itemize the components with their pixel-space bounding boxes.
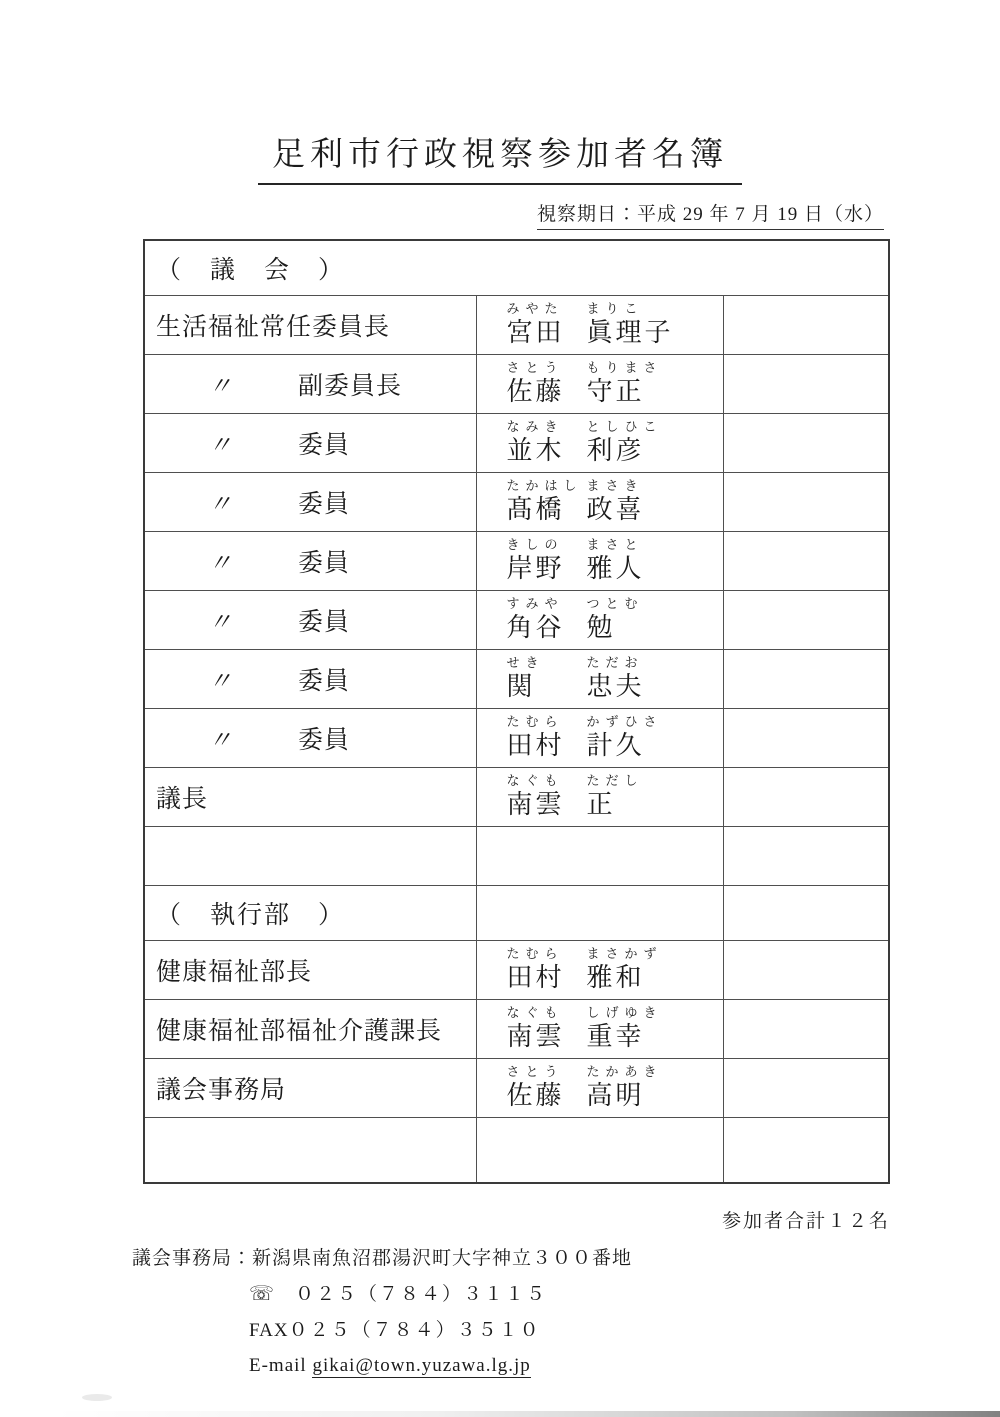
surname: 関	[507, 671, 587, 702]
furigana-surname: たかはし	[507, 479, 587, 494]
furigana-givenname: まりこ	[587, 302, 674, 317]
notes-cell	[723, 591, 889, 650]
surname-unit: せき関	[507, 656, 587, 702]
surname-unit: たむら田村	[507, 947, 587, 993]
title-block: 足利市行政視察参加者名簿	[0, 0, 1000, 185]
furigana-givenname: たかあき	[587, 1065, 663, 1080]
table-row: 〃委員たむら田村かずひさ計久	[144, 709, 889, 768]
position-label: 健康福祉部福祉介護課長	[156, 1018, 442, 1045]
position-label: 生活福祉常任委員長	[156, 314, 390, 341]
position-cell: 〃委員	[144, 473, 476, 532]
name-cell: たむら田村かずひさ計久	[476, 709, 723, 768]
position-label: 委員	[298, 491, 350, 518]
givenname-unit: ただし正	[587, 774, 644, 820]
furigana-givenname: まさき	[587, 479, 645, 494]
office-address-line: 議会事務局：新潟県南魚沼郡湯沢町大字神立３００番地	[132, 1241, 1000, 1276]
ditto-mark: 〃	[208, 661, 298, 696]
empty-cell	[144, 1118, 476, 1184]
surname: 南雲	[507, 1021, 587, 1052]
section-label: （ 執行部 ）	[156, 902, 345, 929]
position-cell: 議会事務局	[144, 1059, 476, 1118]
furigana-givenname: もりまさ	[587, 361, 663, 376]
surname: 田村	[507, 730, 587, 761]
surname-unit: さとう佐藤	[507, 1065, 587, 1111]
fax-label: FAX	[249, 1320, 289, 1341]
name-cell: なぐも南雲しげゆき重幸	[476, 1000, 723, 1059]
position-cell: 健康福祉部福祉介護課長	[144, 1000, 476, 1059]
position-cell: 〃委員	[144, 532, 476, 591]
notes-cell	[723, 1000, 889, 1059]
table-row: （ 議 会 ）	[144, 240, 889, 296]
givenname: 眞理子	[587, 317, 674, 348]
table-row	[144, 827, 889, 886]
email-line: E-mail gikai@town.yuzawa.lg.jp	[132, 1348, 1000, 1383]
empty-cell	[723, 886, 889, 941]
surname-unit: なぐも南雲	[507, 1006, 587, 1052]
table-row: 健康福祉部長たむら田村まさかず雅和	[144, 941, 889, 1000]
ditto-mark: 〃	[208, 720, 298, 755]
position-label: 委員	[298, 668, 350, 695]
surname-unit: なみき並木	[507, 420, 587, 466]
furigana-surname: なみき	[507, 420, 587, 435]
notes-cell	[723, 532, 889, 591]
name-cell: たかはし髙橋まさき政喜	[476, 473, 723, 532]
furigana-givenname: まさかず	[587, 947, 663, 962]
surname: 岸野	[507, 553, 587, 584]
table-row: 〃委員なみき並木としひこ利彦	[144, 414, 889, 473]
table-row: 議長なぐも南雲ただし正	[144, 768, 889, 827]
surname: 佐藤	[507, 1080, 587, 1111]
givenname: 守正	[587, 376, 663, 407]
empty-cell	[723, 827, 889, 886]
date-block: 視察期日：平成 29 年 7 月 19 日（水）	[0, 199, 1000, 230]
table-row: 〃委員きしの岸野まさと雅人	[144, 532, 889, 591]
furigana-surname: なぐも	[507, 774, 587, 789]
name-cell: すみや角谷つとむ勉	[476, 591, 723, 650]
givenname: 正	[587, 789, 644, 820]
inspection-date: 視察期日：平成 29 年 7 月 19 日（水）	[537, 199, 884, 230]
notes-cell	[723, 414, 889, 473]
telephone-line: ☏０２５（７８４）３１１５	[132, 1276, 1000, 1313]
givenname-unit: かずひさ計久	[587, 715, 663, 761]
ditto-mark: 〃	[208, 602, 298, 637]
givenname: 利彦	[587, 435, 663, 466]
givenname: 高明	[587, 1080, 663, 1111]
section-header: （ 議 会 ）	[144, 240, 889, 296]
givenname-unit: たかあき高明	[587, 1065, 663, 1111]
total-block: 参加者合計１２名	[0, 1206, 1000, 1233]
givenname-unit: としひこ利彦	[587, 420, 663, 466]
ditto-mark: 〃	[208, 543, 298, 578]
table-row: 〃委員せき関ただお忠夫	[144, 650, 889, 709]
position-cell: 生活福祉常任委員長	[144, 296, 476, 355]
givenname: 重幸	[587, 1021, 663, 1052]
page-title: 足利市行政視察参加者名簿	[258, 128, 742, 185]
furigana-surname: みやた	[507, 302, 587, 317]
position-label: 副委員長	[298, 373, 402, 400]
position-cell: 健康福祉部長	[144, 941, 476, 1000]
position-cell: 〃委員	[144, 709, 476, 768]
table-row	[144, 1118, 889, 1184]
furigana-surname: せき	[507, 656, 587, 671]
telephone-number: ０２５（７８４）３１１５	[295, 1284, 547, 1305]
empty-cell	[144, 827, 476, 886]
furigana-givenname: ただし	[587, 774, 644, 789]
table-row: （ 執行部 ）	[144, 886, 889, 941]
position-label: 健康福祉部長	[156, 959, 312, 986]
name-cell: さとう佐藤もりまさ守正	[476, 355, 723, 414]
telephone-icon: ☏	[249, 1283, 275, 1305]
empty-cell	[723, 1118, 889, 1184]
position-cell: 議長	[144, 768, 476, 827]
furigana-givenname: としひこ	[587, 420, 663, 435]
givenname: 計久	[587, 730, 663, 761]
position-label: 委員	[298, 727, 350, 754]
participant-roster-table: （ 議 会 ）生活福祉常任委員長みやた宮田まりこ眞理子〃副委員長さとう佐藤もりま…	[143, 239, 890, 1184]
furigana-givenname: ただお	[587, 656, 645, 671]
ditto-mark: 〃	[208, 366, 298, 401]
givenname: 雅和	[587, 962, 663, 993]
table-row: 生活福祉常任委員長みやた宮田まりこ眞理子	[144, 296, 889, 355]
position-cell: 〃委員	[144, 414, 476, 473]
name-cell: さとう佐藤たかあき高明	[476, 1059, 723, 1118]
contact-block: 議会事務局：新潟県南魚沼郡湯沢町大字神立３００番地 ☏０２５（７８４）３１１５ …	[132, 1241, 1000, 1383]
surname: 田村	[507, 962, 587, 993]
givenname: 雅人	[587, 553, 645, 584]
notes-cell	[723, 709, 889, 768]
scan-smudge-artifact	[82, 1394, 112, 1401]
table-row: 〃委員たかはし髙橋まさき政喜	[144, 473, 889, 532]
scanned-document-page: { "page": { "title": "足利市行政視察参加者名簿", "da…	[0, 0, 1000, 1417]
table-row: 議会事務局さとう佐藤たかあき高明	[144, 1059, 889, 1118]
givenname-unit: まさき政喜	[587, 479, 645, 525]
givenname-unit: まさと雅人	[587, 538, 645, 584]
furigana-givenname: かずひさ	[587, 715, 663, 730]
empty-cell	[476, 886, 723, 941]
furigana-surname: さとう	[507, 361, 587, 376]
roster-table-body: （ 議 会 ）生活福祉常任委員長みやた宮田まりこ眞理子〃副委員長さとう佐藤もりま…	[144, 240, 889, 1183]
fax-number: ０２５（７８４）３５１０	[289, 1320, 541, 1341]
position-cell: 〃委員	[144, 650, 476, 709]
table-row: 健康福祉部福祉介護課長なぐも南雲しげゆき重幸	[144, 1000, 889, 1059]
empty-cell	[476, 827, 723, 886]
surname: 南雲	[507, 789, 587, 820]
position-cell: 〃委員	[144, 591, 476, 650]
notes-cell	[723, 473, 889, 532]
position-label: 委員	[298, 609, 350, 636]
givenname-unit: まさかず雅和	[587, 947, 663, 993]
givenname: 忠夫	[587, 671, 645, 702]
section-label: （ 議 会 ）	[156, 257, 345, 284]
furigana-givenname: まさと	[587, 538, 645, 553]
notes-cell	[723, 941, 889, 1000]
surname: 佐藤	[507, 376, 587, 407]
name-cell: みやた宮田まりこ眞理子	[476, 296, 723, 355]
surname-unit: たかはし髙橋	[507, 479, 587, 525]
surname-unit: すみや角谷	[507, 597, 587, 643]
surname: 髙橋	[507, 494, 587, 525]
name-cell: せき関ただお忠夫	[476, 650, 723, 709]
givenname-unit: もりまさ守正	[587, 361, 663, 407]
scan-edge-artifact	[55, 1411, 1000, 1417]
furigana-surname: たむら	[507, 947, 587, 962]
fax-line: FAX０２５（７８４）３５１０	[132, 1313, 1000, 1348]
ditto-mark: 〃	[208, 425, 298, 460]
furigana-givenname: しげゆき	[587, 1006, 663, 1021]
surname: 角谷	[507, 612, 587, 643]
furigana-surname: きしの	[507, 538, 587, 553]
givenname-unit: しげゆき重幸	[587, 1006, 663, 1052]
furigana-surname: たむら	[507, 715, 587, 730]
notes-cell	[723, 296, 889, 355]
position-label: 議長	[156, 786, 208, 813]
surname-unit: みやた宮田	[507, 302, 587, 348]
furigana-givenname: つとむ	[587, 597, 644, 612]
empty-cell	[476, 1118, 723, 1184]
position-label: 委員	[298, 550, 350, 577]
table-row: 〃副委員長さとう佐藤もりまさ守正	[144, 355, 889, 414]
table-row: 〃委員すみや角谷つとむ勉	[144, 591, 889, 650]
notes-cell	[723, 355, 889, 414]
participant-total: 参加者合計１２名	[722, 1211, 890, 1232]
furigana-surname: なぐも	[507, 1006, 587, 1021]
surname-unit: なぐも南雲	[507, 774, 587, 820]
email-label: E-mail	[249, 1355, 312, 1376]
notes-cell	[723, 650, 889, 709]
name-cell: なぐも南雲ただし正	[476, 768, 723, 827]
surname-unit: たむら田村	[507, 715, 587, 761]
surname-unit: きしの岸野	[507, 538, 587, 584]
ditto-mark: 〃	[208, 484, 298, 519]
surname: 並木	[507, 435, 587, 466]
email-address: gikai@town.yuzawa.lg.jp	[312, 1355, 530, 1378]
notes-cell	[723, 768, 889, 827]
name-cell: なみき並木としひこ利彦	[476, 414, 723, 473]
furigana-surname: さとう	[507, 1065, 587, 1080]
furigana-surname: すみや	[507, 597, 587, 612]
givenname-unit: まりこ眞理子	[587, 302, 674, 348]
surname: 宮田	[507, 317, 587, 348]
givenname-unit: ただお忠夫	[587, 656, 645, 702]
section-header: （ 執行部 ）	[144, 886, 476, 941]
givenname-unit: つとむ勉	[587, 597, 644, 643]
name-cell: きしの岸野まさと雅人	[476, 532, 723, 591]
givenname: 勉	[587, 612, 644, 643]
notes-cell	[723, 1059, 889, 1118]
name-cell: たむら田村まさかず雅和	[476, 941, 723, 1000]
givenname: 政喜	[587, 494, 645, 525]
position-label: 委員	[298, 432, 350, 459]
position-cell: 〃副委員長	[144, 355, 476, 414]
surname-unit: さとう佐藤	[507, 361, 587, 407]
position-label: 議会事務局	[156, 1077, 286, 1104]
